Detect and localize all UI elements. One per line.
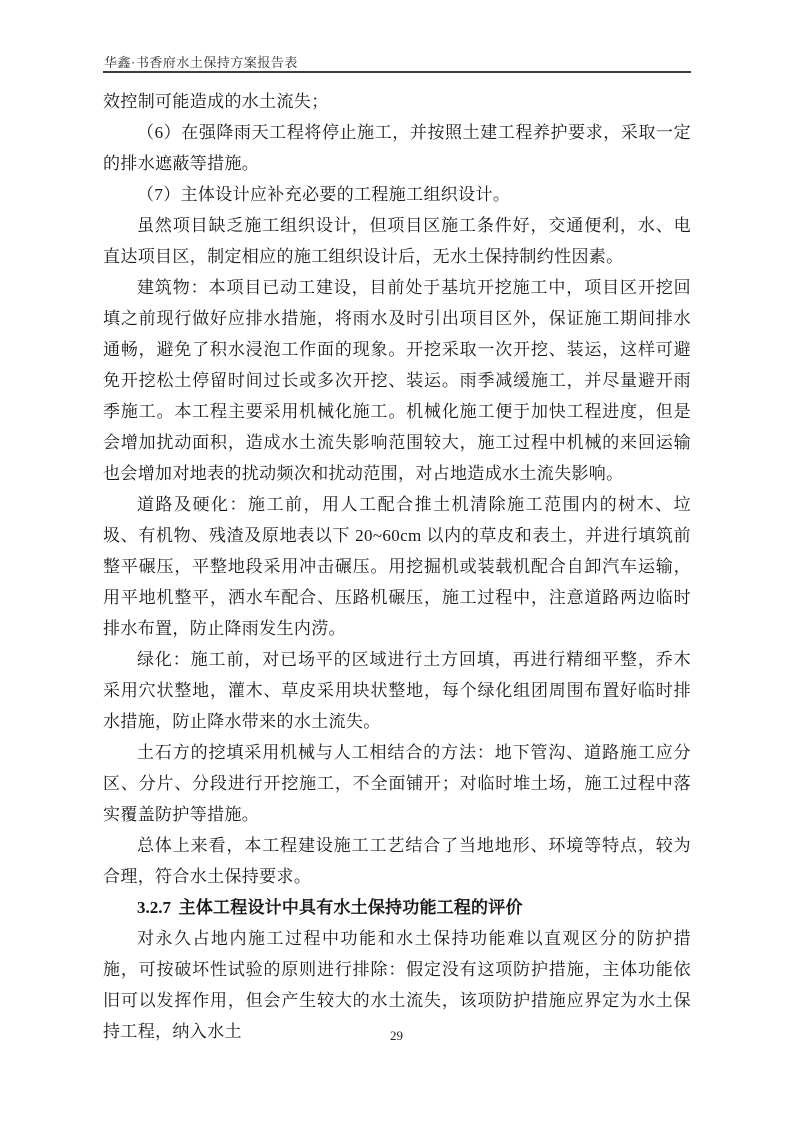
section-title: 主体工程设计中具有水土保持功能工程的评价: [179, 898, 523, 917]
paragraph-roads-hardening: 道路及硬化：施工前，用人工配合推土机清除施工范围内的树木、垃圾、有机物、残渣及原…: [103, 489, 691, 644]
paragraph-item-7: （7）主体设计应补充必要的工程施工组织设计。: [103, 179, 691, 210]
page-number: 29: [0, 1028, 793, 1044]
paragraph-earthwork: 土石方的挖填采用机械与人工相结合的方法：地下管沟、道路施工应分区、分片、分段进行…: [103, 737, 691, 830]
paragraph-construction-org: 虽然项目缺乏施工组织设计，但项目区施工条件好，交通便利，水、电直达项目区，制定相…: [103, 210, 691, 272]
document-page: 华鑫·书香府水土保持方案报告表 效控制可能造成的水土流失； （6）在强降雨天工程…: [0, 0, 793, 1122]
paragraph-summary: 总体上来看，本工程建设施工工艺结合了当地地形、环境等特点，较为合理，符合水土保持…: [103, 830, 691, 892]
document-body: 效控制可能造成的水土流失； （6）在强降雨天工程将停止施工，并按照土建工程养护要…: [103, 86, 691, 1047]
section-number: 3.2.7: [137, 898, 171, 917]
paragraph-continuation: 效控制可能造成的水土流失；: [103, 86, 691, 117]
paragraph-greening: 绿化：施工前，对已场平的区域进行土方回填，再进行精细平整，乔木采用穴状整地，灌木…: [103, 644, 691, 737]
paragraph-item-6: （6）在强降雨天工程将停止施工，并按照土建工程养护要求，采取一定的排水遮蔽等措施…: [103, 117, 691, 179]
paragraph-buildings: 建筑物：本项目已动工建设，目前处于基坑开挖施工中，项目区开挖回填之前现行做好应排…: [103, 272, 691, 489]
header-rule: [103, 71, 691, 73]
section-heading-3-2-7: 3.2.7主体工程设计中具有水土保持功能工程的评价: [103, 892, 691, 923]
page-header-title: 华鑫·书香府水土保持方案报告表: [104, 52, 691, 71]
